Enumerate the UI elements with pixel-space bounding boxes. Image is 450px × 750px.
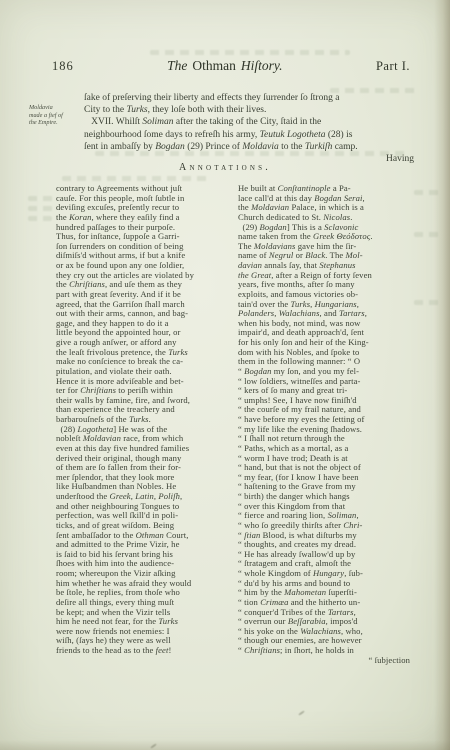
- bleed-through-ghost: [62, 176, 212, 181]
- page-header: 186 TheOthmanHiſtory. Part I.: [52, 58, 410, 74]
- page-edge-shadow: [434, 0, 450, 750]
- main-paragraph-2: XVII. Whilſt Soliman after the taking of…: [84, 116, 414, 153]
- bleed-through-ghost: [28, 216, 52, 221]
- bleed-through-ghost: [28, 206, 58, 211]
- running-title-the: The: [167, 58, 187, 73]
- page-number: 186: [52, 59, 74, 74]
- text-line: City to the Turks, they loſe both with t…: [84, 104, 414, 116]
- text-line: XVII. Whilſt Soliman after the taking of…: [84, 116, 414, 128]
- text-line: neighbourhood ſome days to refreſh his a…: [84, 129, 414, 141]
- book-page: 186 TheOthmanHiſtory. Part I. Moldaviama…: [0, 0, 450, 750]
- text-line: friends to the head as to the feet!: [56, 646, 228, 656]
- annotation-column-left: contrary to Agreements without juſtcauſe…: [56, 184, 228, 665]
- annotations-catchword: “ ſubjection: [238, 656, 410, 666]
- part-label: Part I.: [376, 59, 410, 74]
- annotations-heading: Annotations.: [0, 162, 450, 173]
- page-bottom-shadow: [0, 740, 450, 750]
- running-title-othman: Othman: [192, 58, 236, 73]
- annotation-column-right-lines: He built at Conſtantinople a Pa-lace cal…: [238, 184, 410, 656]
- annotation-column-right: He built at Conſtantinople a Pa-lace cal…: [238, 184, 410, 665]
- annotations-columns: contrary to Agreements without juſtcauſe…: [56, 184, 410, 665]
- main-paragraph-1: ſake of preſerving their liberty and eff…: [84, 92, 414, 116]
- text-line: the Empire.: [29, 119, 81, 127]
- text-line: made a fief of: [29, 112, 81, 120]
- bleed-through-ghost: [28, 196, 54, 201]
- text-line: Moldavia: [29, 104, 81, 112]
- bleed-through-ghost: [150, 50, 350, 55]
- main-text: ſake of preſerving their liberty and eff…: [84, 92, 414, 165]
- running-title-history: Hiſtory.: [241, 58, 283, 73]
- text-line: ſake of preſerving their liberty and eff…: [84, 92, 414, 104]
- text-line: ſent in ambaſſy by Bogdan (29) Prince of…: [84, 141, 414, 153]
- paper-speck: [298, 710, 305, 716]
- running-title: TheOthmanHiſtory.: [74, 58, 376, 74]
- margin-note: Moldaviamade a fief ofthe Empire.: [29, 104, 81, 127]
